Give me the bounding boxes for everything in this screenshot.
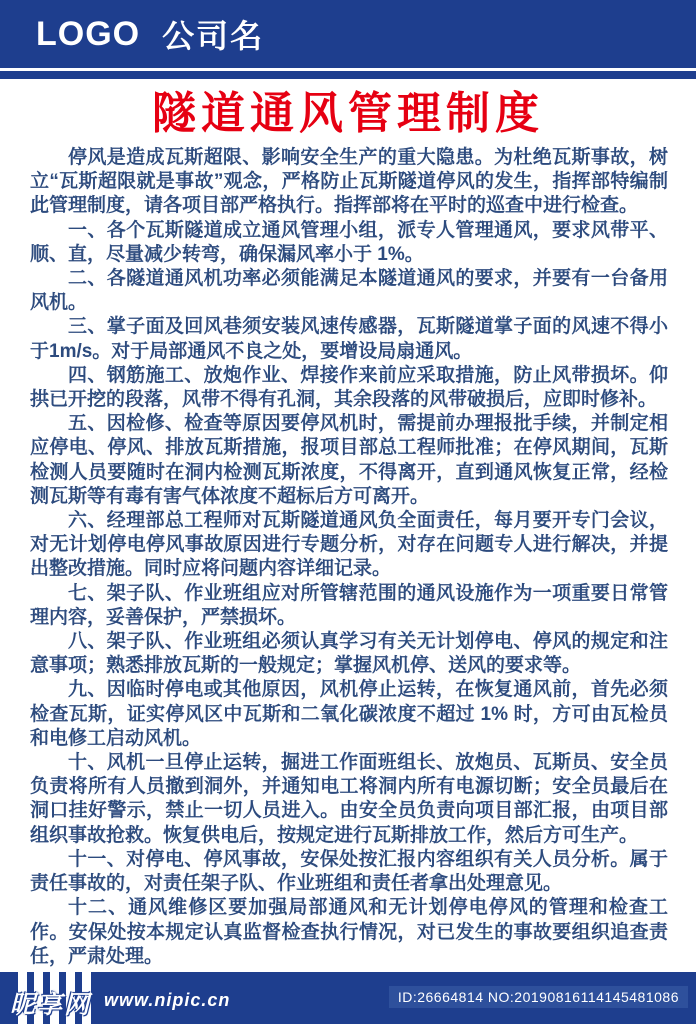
policy-item-10: 十、风机一旦停止运转，掘进工作面班组长、放炮员、瓦斯员、安全员负责将所有人员撤到… — [30, 751, 668, 848]
policy-item-12: 十二、通风维修区要加强局部通风和无计划停电停风的管理和检查工作。安保处按本规定认… — [30, 896, 668, 968]
intro-paragraph: 停风是造成瓦斯超限、影响安全生产的重大隐患。为杜绝瓦斯事故，树立“瓦斯超限就是事… — [30, 146, 668, 219]
header-band: LOGO 公司名 — [0, 0, 696, 68]
page-title: 隧道通风管理制度 — [0, 88, 696, 140]
policy-item-2: 二、各隧道通风机功率必须能满足本隧道通风的要求，并要有一台备用风机。 — [30, 267, 668, 315]
company-logo: LOGO — [36, 15, 140, 54]
company-name: 公司名 — [162, 11, 264, 57]
policy-item-6: 六、经理部总工程师对瓦斯隧道通风负全面责任，每月要开专门会议，对无计划停电停风事… — [30, 509, 668, 582]
header-divider-stripe — [0, 71, 696, 79]
policy-item-8: 八、架子队、作业班组必须认真学习有关无计划停电、停风的规定和注意事项；熟悉排放瓦… — [30, 630, 668, 678]
policy-item-11: 十一、对停电、停风事故，安保处按汇报内容组织有关人员分析。属于责任事故的，对责任… — [30, 848, 668, 896]
policy-item-7: 七、架子队、作业班组应对所管辖范围的通风设施作为一项重要日常管理内容，妥善保护，… — [30, 582, 668, 630]
policy-item-9: 九、因临时停电或其他原因，风机停止运转，在恢复通风前，首先必须检查瓦斯，证实停风… — [30, 678, 668, 751]
watermark-url: www.nipic.cn — [104, 990, 230, 1011]
watermark-logo: 昵享网 — [10, 985, 91, 1021]
image-id-badge: ID:26664814 NO:20190816114145481086 — [389, 986, 688, 1008]
policy-body: 停风是造成瓦斯超限、影响安全生产的重大隐患。为杜绝瓦斯事故，树立“瓦斯超限就是事… — [0, 140, 696, 968]
policy-item-5: 五、因检修、检查等原因要停风机时，需提前办理报批手续，并制定相应停电、停风、排放… — [30, 412, 668, 509]
policy-item-3: 三、掌子面及回风巷须安装风速传感器，瓦斯隧道掌子面的风速不得小于1m/s。对于局… — [30, 315, 668, 363]
footer-band: 昵享网 www.nipic.cn ID:26664814 NO:20190816… — [0, 972, 696, 1024]
policy-item-4: 四、钢筋施工、放炮作业、焊接作来前应采取措施，防止风带损坏。仰拱已开挖的段落，风… — [30, 364, 668, 412]
policy-item-1: 一、各个瓦斯隧道成立通风管理小组，派专人管理通风，要求风带平、顺、直，尽量减少转… — [30, 219, 668, 267]
poster-page: LOGO 公司名 隧道通风管理制度 停风是造成瓦斯超限、影响安全生产的重大隐患。… — [0, 0, 696, 1024]
